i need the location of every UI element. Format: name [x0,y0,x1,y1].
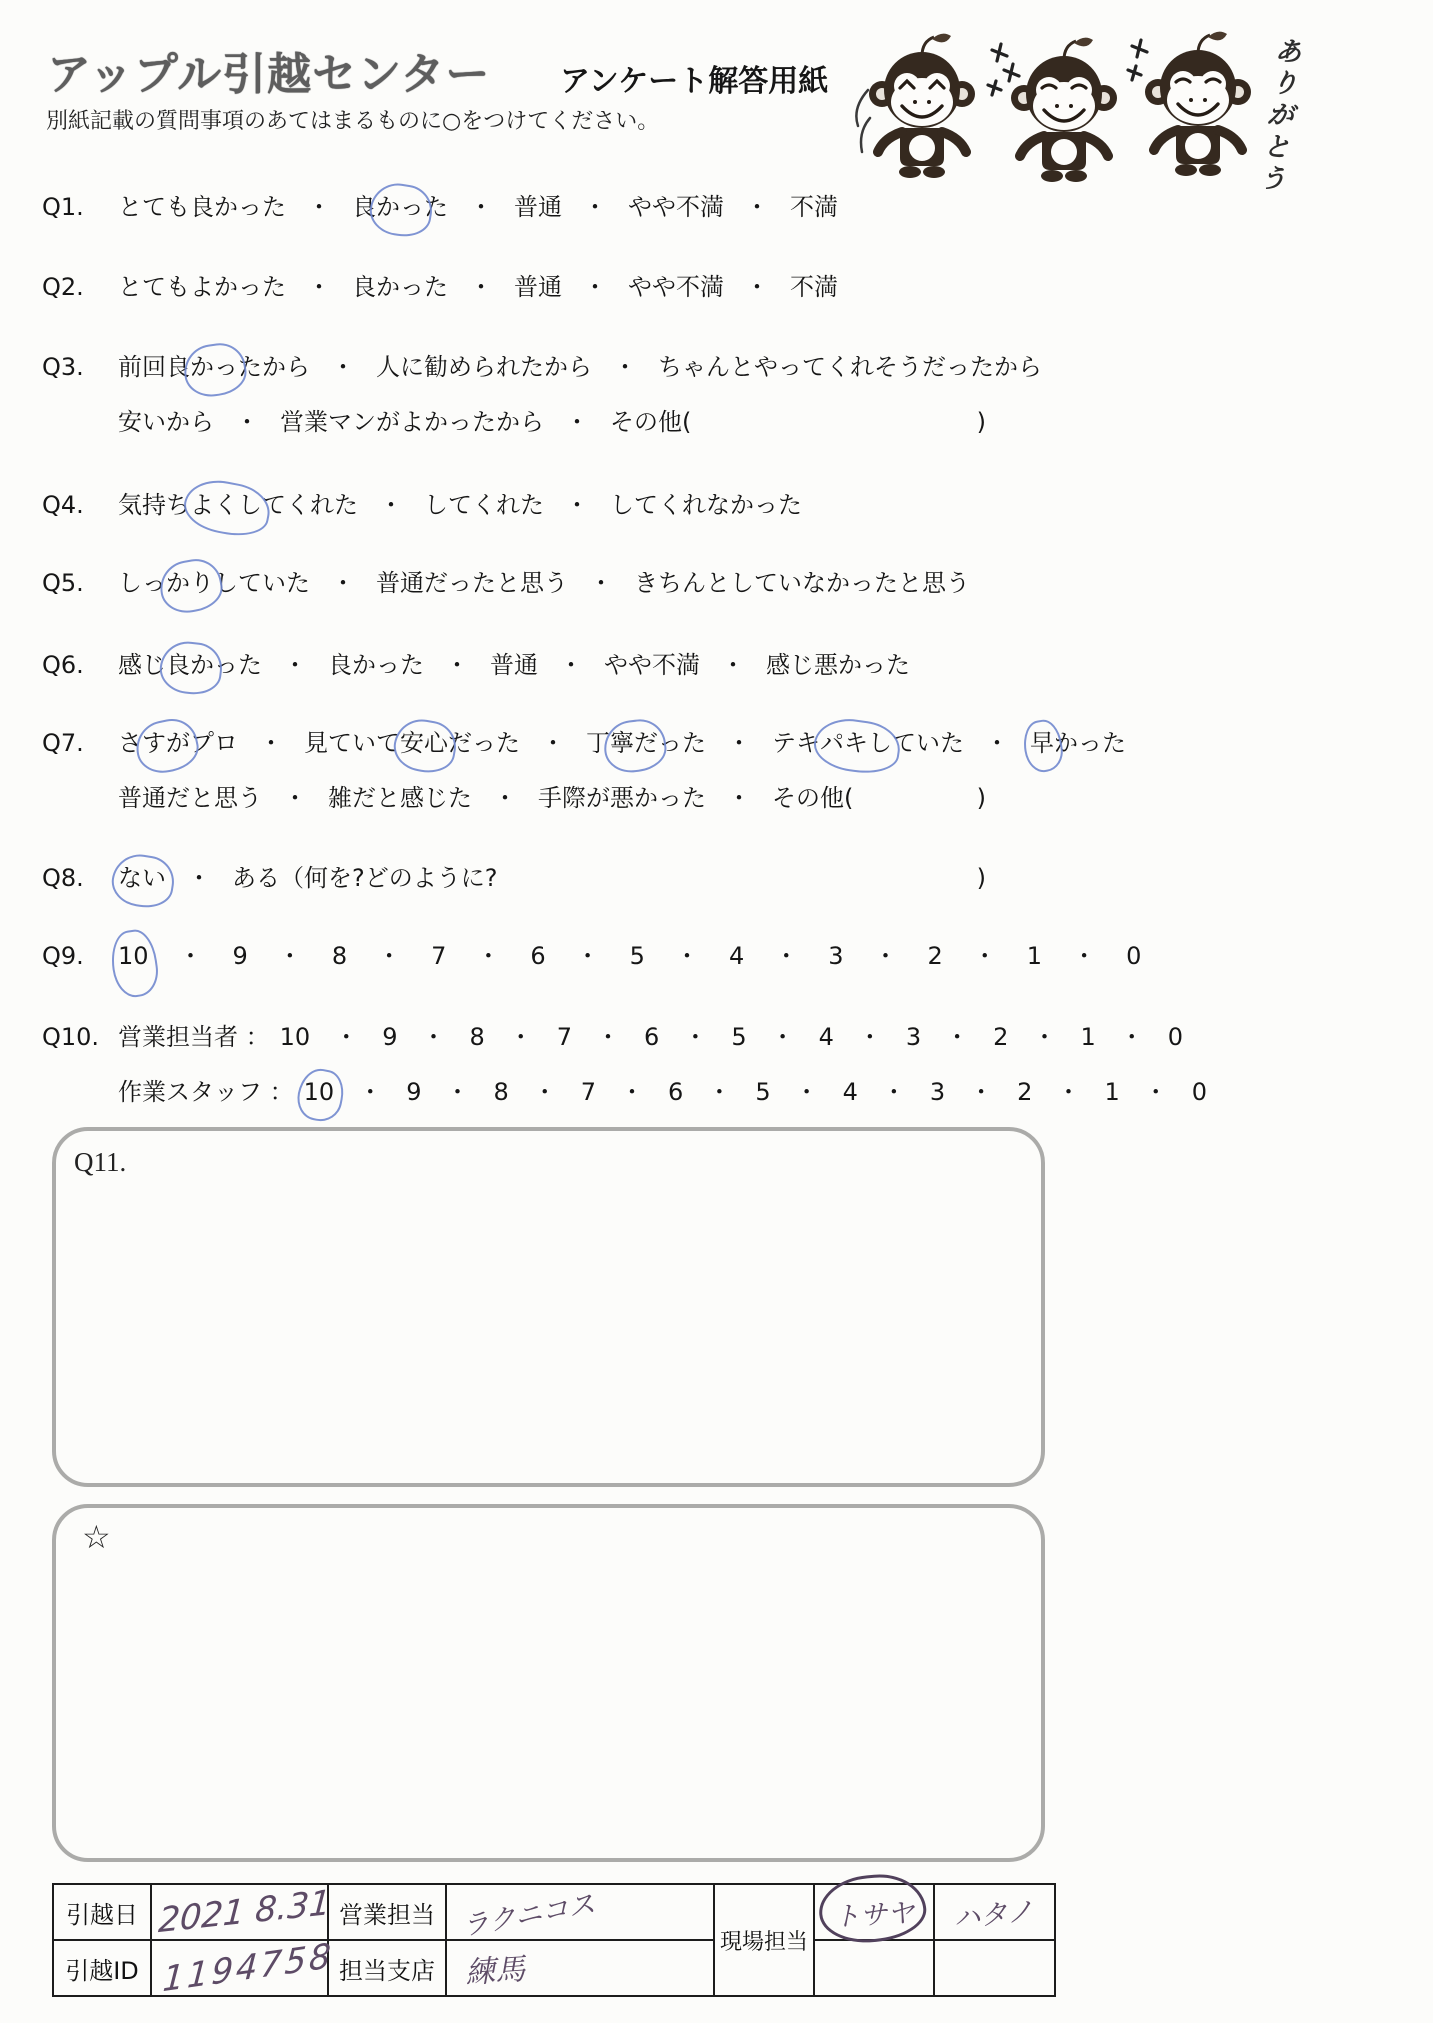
option-text: 営業マンがよかったから [280,407,544,437]
option-text: 普通だったと思う [376,569,568,597]
option-text: 4 [819,1023,834,1051]
option-separator: ・ [596,1023,620,1051]
option-separator: ・ [358,1078,382,1106]
option-text: 2 [928,942,943,970]
option-text: ちゃんとやってくれそうだったから [658,353,1042,381]
table-row: 引越ID 1194758 担当支店 練馬 [53,1940,1055,1996]
option-separator: ・ [307,193,331,221]
score-target-label: 営業担当者 ： [118,1023,270,1051]
option-text: 7 [557,1023,572,1051]
question-options: 気持ちよくしてくれた・してくれた・してくれなかった [118,490,1413,520]
option-text: 人に勧められたから [376,353,592,381]
pen-circle-annotation [293,1065,347,1125]
option-separator: ・ [973,942,997,970]
option-text: 9 [382,1023,397,1051]
question-q7: Q7.さすがプロ・見ていて安心だった・丁寧だった・テキパキしていた・早かった普通… [42,728,1413,813]
option-text: 4 [843,1078,858,1106]
empty-cell [814,1940,934,1996]
question-options: 前回良かったから・人に勧められたから・ちゃんとやってくれそうだったから安いから・… [118,352,1413,437]
option-text: その他( [610,407,691,437]
question-options: ない・ある（何を?どのように?) [118,863,1413,893]
option-separator: ・ [445,651,469,679]
option-text: 1 [1080,1023,1095,1051]
option-separator: ・ [583,193,607,221]
empty-cell [934,1940,1055,1996]
option-separator: ・ [179,942,203,970]
option-text: その他( [772,783,853,813]
q11-answer-box: Q11. [52,1127,1045,1487]
option-text: 5 [755,1078,770,1106]
option-separator: ・ [187,863,211,893]
question-number: Q2. [42,272,118,302]
option-text: 雑だと感じた [328,783,472,813]
footer-table: 引越日 2021 8.31 営業担当 ラクニコス 現場担当 トサヤ ハタノ 引越… [52,1883,1056,1997]
option-separator: ・ [727,729,751,757]
option-separator: ・ [493,783,517,813]
option-separator: ・ [509,1023,533,1051]
option-separator: ・ [721,651,745,679]
option-text: 良かった [328,651,424,679]
question-number: Q4. [42,490,118,520]
survey-sheet: アップル引越センター アンケート解答用紙 別紙記載の質問事項のあてはまるものに○… [0,0,1433,2023]
option-text: 9 [233,942,248,970]
pen-circle-annotation [390,715,460,777]
option-text: やや不満 [628,273,724,301]
option-text: 2 [1017,1078,1032,1106]
option-separator: ・ [795,1078,819,1106]
pen-circle-annotation [601,716,669,775]
option-separator: ・ [259,729,283,757]
option-text: 0 [1126,942,1141,970]
option-separator: ・ [565,407,589,437]
option-separator: ・ [576,942,600,970]
question-options: しっかりしていた・普通だったと思う・きちんとしていなかったと思う [118,568,1413,598]
option-text: 10 [118,942,149,970]
pen-circle-annotation [181,340,250,400]
option-separator: ・ [675,942,699,970]
branch-label: 担当支店 [328,1940,446,1996]
question-q4: Q4.気持ちよくしてくれた・してくれた・してくれなかった [42,490,1413,520]
option-text: 良かった [352,273,448,301]
option-separator: ・ [1056,1078,1080,1106]
pen-circle-annotation [156,555,226,617]
question-options: 感じ良かった・良かった・普通・やや不満・感じ悪かった [118,650,1413,680]
option-text: 3 [906,1023,921,1051]
option-text: 2 [993,1023,1008,1051]
option-text: 普通 [490,651,538,679]
question-number: Q9. [42,941,118,971]
option-text: 前回良かったから [118,353,310,381]
option-text: やや不満 [604,651,700,679]
site-staff-2-value: ハタノ [951,1888,1035,1935]
move-date-label: 引越日 [53,1884,151,1940]
option-text: 早かった [1030,729,1126,757]
option-separator: ・ [445,1078,469,1106]
score-target-label: 作業スタッフ ： [118,1078,294,1106]
pen-circle-annotation [108,850,177,911]
site-staff-label: 現場担当 [714,1884,814,1996]
option-text: 普通 [514,273,562,301]
pen-circle-annotation [811,714,903,777]
option-text: 不満 [790,193,838,221]
option-separator: ・ [589,569,613,597]
question-q1: Q1.とても良かった・良かった・普通・やや不満・不満 [42,192,1413,222]
question-q6: Q6.感じ良かった・良かった・普通・やや不満・感じ悪かった [42,650,1413,680]
option-separator: ・ [377,942,401,970]
option-separator: ・ [379,491,403,519]
option-text: 見ていて安心だった [304,729,520,757]
option-text: してくれた [424,491,544,519]
option-text: 気持ちよくしてくれた [118,491,358,519]
pen-circle-annotation [366,179,435,240]
option-separator: ・ [858,1023,882,1051]
move-id-label: 引越ID [53,1940,151,1996]
pen-circle-annotation [131,714,202,778]
option-text: 普通 [514,193,562,221]
option-separator: ・ [771,1023,795,1051]
question-q2: Q2.とてもよかった・良かった・普通・やや不満・不満 [42,272,1413,302]
question-q3: Q3.前回良かったから・人に勧められたから・ちゃんとやってくれそうだったから安い… [42,352,1413,437]
option-separator: ・ [683,1023,707,1051]
site-staff-1-value: トサヤ [832,1890,915,1933]
branch-value: 練馬 [464,1944,527,1992]
option-text: 8 [493,1078,508,1106]
option-text: 3 [828,942,843,970]
question-options: さすがプロ・見ていて安心だった・丁寧だった・テキパキしていた・早かった普通だと思… [118,728,1413,813]
option-text: さすがプロ [118,729,238,757]
option-text: やや不満 [628,193,724,221]
option-separator: ・ [421,1023,445,1051]
option-separator: ・ [1072,942,1096,970]
option-separator: ・ [583,273,607,301]
pen-circle-annotation [1020,717,1066,774]
option-separator: ・ [283,651,307,679]
comment-answer-box: ☆ [52,1504,1045,1862]
question-q10: Q10.営業担当者 ：10・9・8・7・6・5・4・3・2・1・0作業スタッフ … [42,1022,1413,1107]
table-row: 引越日 2021 8.31 営業担当 ラクニコス 現場担当 トサヤ ハタノ [53,1884,1055,1940]
option-text: 5 [630,942,645,970]
option-separator: ・ [331,569,355,597]
option-text: 7 [431,942,446,970]
option-text: 6 [668,1078,683,1106]
closing-paren: ) [977,783,986,813]
question-options: 営業担当者 ：10・9・8・7・6・5・4・3・2・1・0作業スタッフ ：10・… [118,1022,1413,1107]
question-options: とても良かった・良かった・普通・やや不満・不満 [118,192,1413,222]
option-separator: ・ [945,1023,969,1051]
star-icon: ☆ [82,1518,111,1556]
question-number: Q1. [42,192,118,222]
closing-paren: ) [977,407,986,437]
option-separator: ・ [774,942,798,970]
question-number: Q7. [42,728,118,813]
option-separator: ・ [969,1078,993,1106]
option-separator: ・ [745,193,769,221]
option-text: きちんとしていなかったと思う [634,569,970,597]
site-staff-1-wrap: トサヤ [833,1893,914,1932]
option-separator: ・ [334,1023,358,1051]
move-id-value: 1194758 [161,1936,335,2001]
option-separator: ・ [476,942,500,970]
option-text: 1 [1104,1078,1119,1106]
option-text: 1 [1027,942,1042,970]
option-text: テキパキしていた [772,729,964,757]
option-text: 5 [731,1023,746,1051]
option-text: 0 [1168,1023,1183,1051]
pen-circle-annotation [180,474,274,541]
option-text: 6 [644,1023,659,1051]
option-text: ない [118,863,166,893]
option-separator: ・ [235,407,259,437]
option-separator: ・ [469,193,493,221]
option-separator: ・ [559,651,583,679]
option-text: 8 [469,1023,484,1051]
option-separator: ・ [882,1078,906,1106]
option-text: とても良かった [118,193,286,221]
question-number: Q8. [42,863,118,893]
option-separator: ・ [307,273,331,301]
pen-circle-annotation [157,638,225,697]
option-text: 丁寧だった [586,729,706,757]
option-separator: ・ [620,1078,644,1106]
option-text: ある（何を?どのように? [232,863,497,893]
sales-rep-label: 営業担当 [328,1884,446,1940]
option-text: 手際が悪かった [538,783,706,813]
option-text: 感じ良かった [118,651,262,679]
option-text: 6 [530,942,545,970]
option-separator: ・ [745,273,769,301]
closing-paren: ) [977,863,986,893]
option-separator: ・ [533,1078,557,1106]
option-text: 不満 [790,273,838,301]
question-number: Q5. [42,568,118,598]
question-number: Q6. [42,650,118,680]
question-number: Q3. [42,352,118,437]
question-q5: Q5.しっかりしていた・普通だったと思う・きちんとしていなかったと思う [42,568,1413,598]
option-separator: ・ [541,729,565,757]
question-q9: Q9.10・9・8・7・6・5・4・3・2・1・0 [42,941,1413,971]
option-text: 4 [729,942,744,970]
option-text: 9 [406,1078,421,1106]
option-text: 10 [304,1078,335,1106]
option-text: 感じ悪かった [766,651,910,679]
option-text: しっかりしていた [118,569,310,597]
option-separator: ・ [985,729,1009,757]
option-separator: ・ [469,273,493,301]
option-text: 3 [930,1078,945,1106]
option-separator: ・ [565,491,589,519]
option-text: 10 [280,1023,311,1051]
option-separator: ・ [1144,1078,1168,1106]
option-separator: ・ [727,783,751,813]
question-number: Q10. [42,1022,118,1107]
sales-rep-value: ラクニコス [459,1881,598,1943]
option-separator: ・ [1032,1023,1056,1051]
option-separator: ・ [283,783,307,813]
option-text: とてもよかった [118,273,286,301]
option-separator: ・ [613,353,637,381]
option-text: 8 [332,942,347,970]
option-text: 7 [581,1078,596,1106]
option-separator: ・ [707,1078,731,1106]
option-text: してくれなかった [610,491,802,519]
option-separator: ・ [278,942,302,970]
question-q8: Q8.ない・ある（何を?どのように?) [42,863,1413,893]
move-date-value: 2021 8.31 [157,1883,332,1942]
question-options: 10・9・8・7・6・5・4・3・2・1・0 [118,941,1413,971]
option-text: 普通だと思う [118,783,262,813]
option-separator: ・ [331,353,355,381]
option-text: 0 [1192,1078,1207,1106]
question-options: とてもよかった・良かった・普通・やや不満・不満 [118,272,1413,302]
option-separator: ・ [1120,1023,1144,1051]
option-separator: ・ [874,942,898,970]
option-text: 良かった [352,193,448,221]
option-text: 安いから [118,407,214,437]
q11-label: Q11. [74,1147,126,1178]
